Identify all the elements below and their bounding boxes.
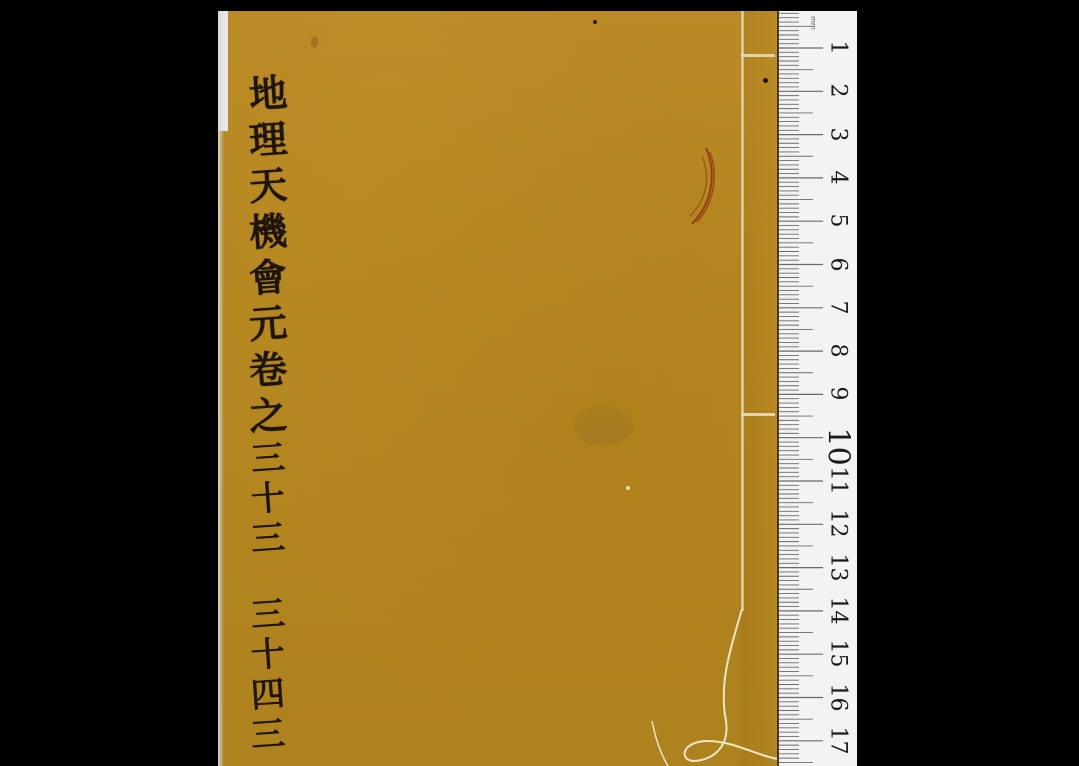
title-char: 地 (247, 70, 288, 119)
ruler-number: 6 (826, 249, 851, 279)
title-char: 理 (247, 116, 288, 165)
volume-char: 三 (250, 594, 287, 636)
volume-char: 十 (250, 478, 287, 520)
ruler-number: 1 (826, 33, 851, 63)
title-char: 卷 (247, 346, 288, 395)
ruler-number: 16 (826, 682, 851, 712)
binding-thread-stitch (741, 54, 775, 57)
title-char: 會 (247, 254, 288, 303)
loose-thread (638, 601, 788, 766)
ruler-number: 7 (826, 292, 851, 322)
ruler-number: 14 (826, 595, 851, 625)
cover-title: 地 理 天 機 會 元 卷 之 三 十 三 三 十 四 三 (240, 71, 296, 755)
book-cover: 地 理 天 機 會 元 卷 之 三 十 三 三 十 四 三 (218, 11, 777, 766)
volume-char: 四 (250, 674, 287, 716)
title-char: 元 (247, 300, 288, 349)
ruler-number: 12 (826, 509, 851, 539)
cover-left-edge (218, 11, 224, 766)
ruler-ticks (779, 11, 825, 766)
ruler-number: 5 (826, 206, 851, 236)
ruler-number: 13 (826, 552, 851, 582)
ruler-number: 4 (826, 162, 851, 192)
ruler-number: 17 (826, 725, 851, 755)
faded-stain (573, 406, 633, 446)
title-char: 天 (247, 162, 288, 211)
title-char: 之 (247, 392, 288, 441)
volume-char: 三 (250, 438, 287, 480)
volume-char: 十 (250, 634, 287, 676)
ruler-unit-label: mm (809, 16, 817, 30)
ruler-number: 8 (826, 336, 851, 366)
volume-char: 三 (250, 714, 287, 756)
binding-thread (741, 11, 744, 611)
binding-thread-stitch (741, 413, 775, 416)
speck (626, 486, 630, 490)
ruler-number: 2 (826, 76, 851, 106)
title-char: 機 (247, 208, 288, 257)
ruler-number: 10 (821, 427, 856, 457)
scanned-page: 地 理 天 機 會 元 卷 之 三 十 三 三 十 四 三 mm 1234567… (218, 11, 855, 766)
ruler-number: 9 (826, 379, 851, 409)
ruler-number: 11 (826, 466, 851, 496)
measurement-ruler: mm 1234567891011121314151617 (777, 11, 857, 766)
dot-mark (593, 20, 597, 24)
ruler-number: 15 (826, 639, 851, 669)
binding-hole (763, 78, 768, 83)
ruler-number: 3 (826, 119, 851, 149)
stain-mark (311, 36, 318, 48)
volume-char: 三 (250, 518, 287, 560)
red-brush-mark (688, 146, 718, 226)
